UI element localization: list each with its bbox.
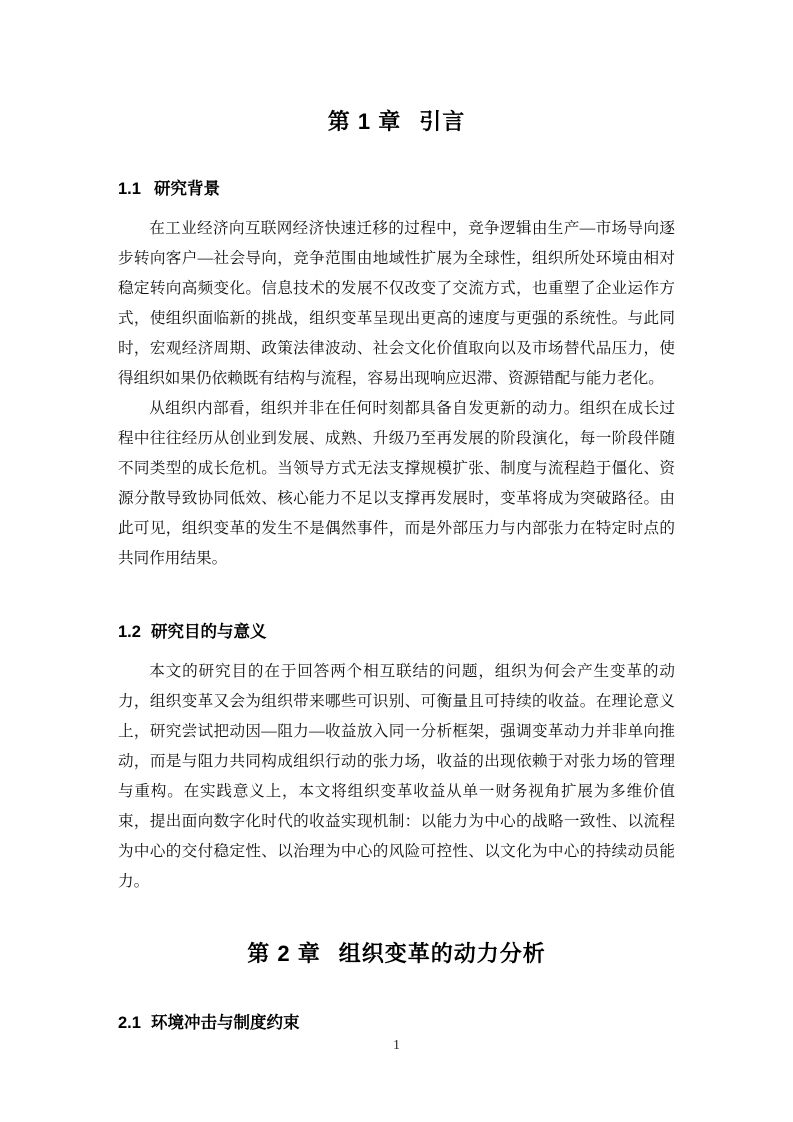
- section-1-1-title: 研究背景: [154, 180, 220, 198]
- document-page: 第 1 章引言 1.1研究背景 在工业经济向互联网经济快速迁移的过程中，竞争逻辑…: [0, 0, 793, 1122]
- section-2-1-heading: 2.1环境冲击与制度约束: [118, 1011, 675, 1035]
- chapter-1-number: 第 1 章: [328, 109, 401, 134]
- section-2-1-title: 环境冲击与制度约束: [151, 1014, 300, 1032]
- paragraph-1-1-a: 在工业经济向互联网经济快速迁移的过程中，竞争逻辑由生产—市场导向逐步转向客户—社…: [118, 214, 675, 394]
- section-1-2-title: 研究目的与意义: [151, 623, 267, 641]
- chapter-1-heading: 第 1 章引言: [118, 109, 675, 135]
- section-1-1-heading: 1.1研究背景: [118, 177, 675, 201]
- chapter-2-heading: 第 2 章组织变革的动力分析: [118, 941, 675, 967]
- section-1-2-number: 1.2: [118, 623, 141, 641]
- page-number: 1: [0, 1037, 793, 1053]
- section-1-1-number: 1.1: [118, 180, 141, 198]
- chapter-2-number: 第 2 章: [247, 941, 320, 966]
- chapter-2-title: 组织变革的动力分析: [339, 941, 546, 966]
- page-content: 第 1 章引言 1.1研究背景 在工业经济向互联网经济快速迁移的过程中，竞争逻辑…: [118, 0, 675, 1035]
- paragraph-1-1-b: 从组织内部看，组织并非在任何时刻都具备自发更新的动力。组织在成长过程中往往经历从…: [118, 394, 675, 574]
- section-2-1-number: 2.1: [118, 1014, 141, 1032]
- chapter-1-title: 引言: [419, 109, 465, 134]
- paragraph-1-2-a: 本文的研究目的在于回答两个相互联结的问题，组织为何会产生变革的动力，组织变革又会…: [118, 657, 675, 897]
- section-1-2-heading: 1.2研究目的与意义: [118, 620, 675, 644]
